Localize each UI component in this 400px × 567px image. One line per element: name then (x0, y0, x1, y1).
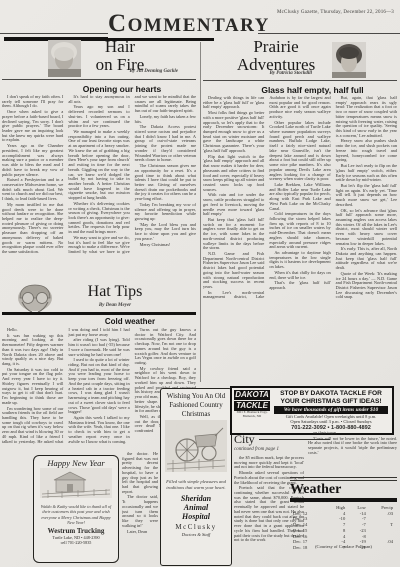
weather-top-rule-2 (290, 480, 397, 481)
hair-byline: By Jill Denning Gackle (80, 69, 178, 74)
paragraph: Cold temperatures in the days following … (269, 212, 330, 250)
westrum-trucking-ad: Happy New Year Waldo & Kathy would like … (33, 455, 119, 563)
paragraph: It's early. This is, after all, North Da… (336, 247, 397, 271)
hair-header-rule (2, 79, 196, 80)
weather-title: Weather (290, 482, 341, 498)
hair-article-body: I don't speak of my faith often. I rarel… (2, 95, 196, 282)
prairie-header-rule (203, 80, 397, 81)
weather-courtesy-line: (Courtesy of Candace Pollman) (290, 544, 397, 549)
ad-contact-line2: cell 701-220-5835 (34, 540, 118, 545)
paragraph: 'Costs will not be lower in the future,'… (308, 437, 397, 456)
paragraph: But, again, that 'glass half empty' appr… (336, 96, 397, 138)
ad-info-2: Open Saturdays until 3 p.m. • Closed Sun… (274, 419, 388, 424)
paragraph: Today I'm breaking my vow of silence and… (135, 203, 196, 222)
paragraph: When it's that chilly for days on end, t… (269, 271, 330, 280)
section-title: Commentary (108, 12, 258, 38)
paragraph: Turns out the guy knows a doctor in Watf… (135, 328, 196, 366)
paragraph: We managed to make a weekly responsibili… (68, 130, 129, 201)
hair-headline: Opening our hearts (25, 84, 219, 94)
business-line-3: Hospital (161, 512, 231, 521)
paragraph: N.D. Game and Fish Department North-cent… (203, 252, 264, 290)
ad-business-name: Westrum Trucking (34, 527, 118, 535)
prairie-byline: By Patricia Stockdill (214, 71, 312, 76)
paragraph: 'May the Lord bless you and keep you, ma… (135, 223, 196, 242)
paragraph: the doctor. He figured that was not pret… (122, 452, 158, 494)
newspaper-page: McClusky Gazette, Thursday, December 22,… (0, 0, 400, 567)
paragraph: Again this week I talked to my Montana f… (68, 416, 129, 444)
weather-top-rule-1 (290, 477, 397, 478)
paragraph: Later, Dean (122, 530, 158, 535)
prairie-adventures-title: Prairie Adventures (213, 38, 339, 75)
paragraph: But keep that 'glass half full' switch o… (203, 218, 264, 251)
paragraph: Most folks find things go better with a … (203, 111, 264, 153)
title-line-1: Prairie (213, 38, 339, 56)
barn-winter-icon (40, 468, 112, 498)
ad-business-name: Sheridan Animal Hospital (161, 494, 231, 522)
dakota-tackle-ad: DAKOTA TACKLE 3001 E. Bismarck Expy. Bis… (230, 386, 394, 435)
sheridan-animal-hospital-ad: Wishing You An Old Fashioned Country Chr… (160, 388, 232, 566)
ad-city: McClusky (161, 523, 231, 531)
logo-address-2: Bismarck, ND (234, 415, 270, 419)
paragraph: Once when asked to give a prayer before … (2, 110, 63, 143)
winter-hat-icon (16, 282, 54, 314)
barn-sketch-image (34, 468, 118, 503)
paragraph: after riding (I was lying). Told him it … (68, 338, 129, 357)
ad-banner: We have thousands of gift items under $1… (274, 406, 388, 414)
ad-heading: Wishing You An Old Fashioned Country Chr… (163, 392, 229, 418)
prairie-headline: Glass half empty, half full (228, 85, 397, 95)
dakota-tackle-copy: STOP BY DAKOTA TACKLE FOR YOUR CHRISTMAS… (274, 390, 388, 431)
paragraph: Years ago my son and I delivered recorde… (68, 105, 129, 129)
edition-line: McClusky Gazette, Thursday, December 22,… (277, 10, 394, 15)
ad-headline-1: STOP BY DAKOTA TACKLE FOR (274, 390, 388, 398)
paragraph: Lake Brekken, Lake Williams and Hoffer L… (269, 183, 330, 211)
paragraph: It was fun waking up this morning and lo… (2, 334, 63, 367)
ad-heading: Happy New Year (34, 458, 118, 468)
paragraph: The Dakota Access protest stirred some r… (135, 125, 196, 163)
paragraph: My mom instilled in me that good deeds w… (2, 203, 63, 255)
paragraph: Flip that light switch to the 'glass hal… (203, 155, 264, 193)
hat-tips-photo (16, 282, 54, 314)
paragraph: But let's flip the 'glass half full' lig… (336, 184, 397, 208)
paragraph: Lonely, my faith has taken a few hits. (135, 115, 196, 124)
title-line-1: Hair (56, 38, 184, 56)
paragraph: On Saturday it was too cold to put your … (2, 368, 63, 406)
patricia-headshot-photo (332, 42, 366, 78)
paragraph: Whether it's delivering cookies or writi… (68, 202, 129, 235)
wagon-sketch-image (161, 420, 231, 477)
paragraph: But Lee isn't ready to flip on the 'glas… (336, 164, 397, 183)
hat-tips-byline: By Dean Meyer (55, 303, 175, 308)
paragraph: Other popular lakes include Crooked Lake… (269, 121, 330, 182)
paragraph: I don't speak of my faith often. I rarel… (2, 95, 63, 109)
cold-weather-headline: Cold weather (33, 317, 227, 326)
logo-line-1: DAKOTA (234, 390, 270, 400)
weather-thick-bar (290, 498, 397, 502)
paragraph: The Christmas season gives me an opportu… (135, 164, 196, 202)
ad-headline-2: YOUR CHRISTMAS GIFT IDEAS! (274, 398, 388, 406)
ad-message: Filled with simple pleasures and traditi… (164, 479, 228, 490)
city-title: City (234, 432, 255, 447)
ad-staff-line: Doctors & Staff (161, 532, 231, 537)
paragraph: Quote of the Week: 'It's making ice 24 h… (336, 272, 397, 300)
paragraph: on their town. (308, 431, 397, 436)
paragraph: It's hard to stay anonymous in all acts. (68, 95, 129, 104)
dakota-tackle-logo: DAKOTA TACKLE 3001 E. Bismarck Expy. Bis… (234, 390, 270, 419)
paragraph: Heavy snow also pushes slush onto the ic… (336, 139, 397, 163)
paragraph: With rain and ice under the snow, cattle… (203, 193, 264, 217)
business-line-1: Sheridan (161, 494, 231, 503)
hat-tips-rule (2, 312, 196, 315)
paragraph: the $5 million mark, kept the process mo… (234, 456, 304, 470)
prairie-article-body: Dealing with things in life can either b… (203, 96, 397, 383)
paragraph: Hello. (2, 328, 63, 333)
paragraph: Merry Christmas! (135, 243, 196, 248)
paragraph: That's the 'glass half full' approach. (269, 281, 330, 290)
city-article-col2: on their town.'Costs will not be lower i… (308, 431, 397, 476)
business-line-2: Animal (161, 503, 231, 512)
cold-weather-continuation-column: the doctor. He figured that was not pret… (122, 452, 158, 564)
paragraph: An advantage to daytime high temperature… (269, 251, 330, 270)
woman-portrait-icon (332, 42, 366, 78)
ad-message: Waldo & Kathy would like to thank all of… (38, 504, 114, 525)
paragraph: Raised a Presbyterian and in a conservat… (2, 178, 63, 202)
paragraph: I used to do quite a lot of winter ridin… (68, 358, 129, 415)
paragraph: The doctor said, 'It happens occasionall… (122, 495, 158, 528)
ad-phone: 701-222-3092 • 1-800-880-4892 (274, 425, 388, 431)
paragraph: OK, so let's advance that 'glass half fu… (336, 209, 397, 247)
country-wagon-icon (165, 420, 227, 472)
hat-tips-title: Hat Tips (55, 283, 175, 301)
paragraph: Dealing with things in life can either b… (203, 96, 264, 110)
paragraph: Years ago as the Chamber president, I fe… (2, 144, 63, 177)
